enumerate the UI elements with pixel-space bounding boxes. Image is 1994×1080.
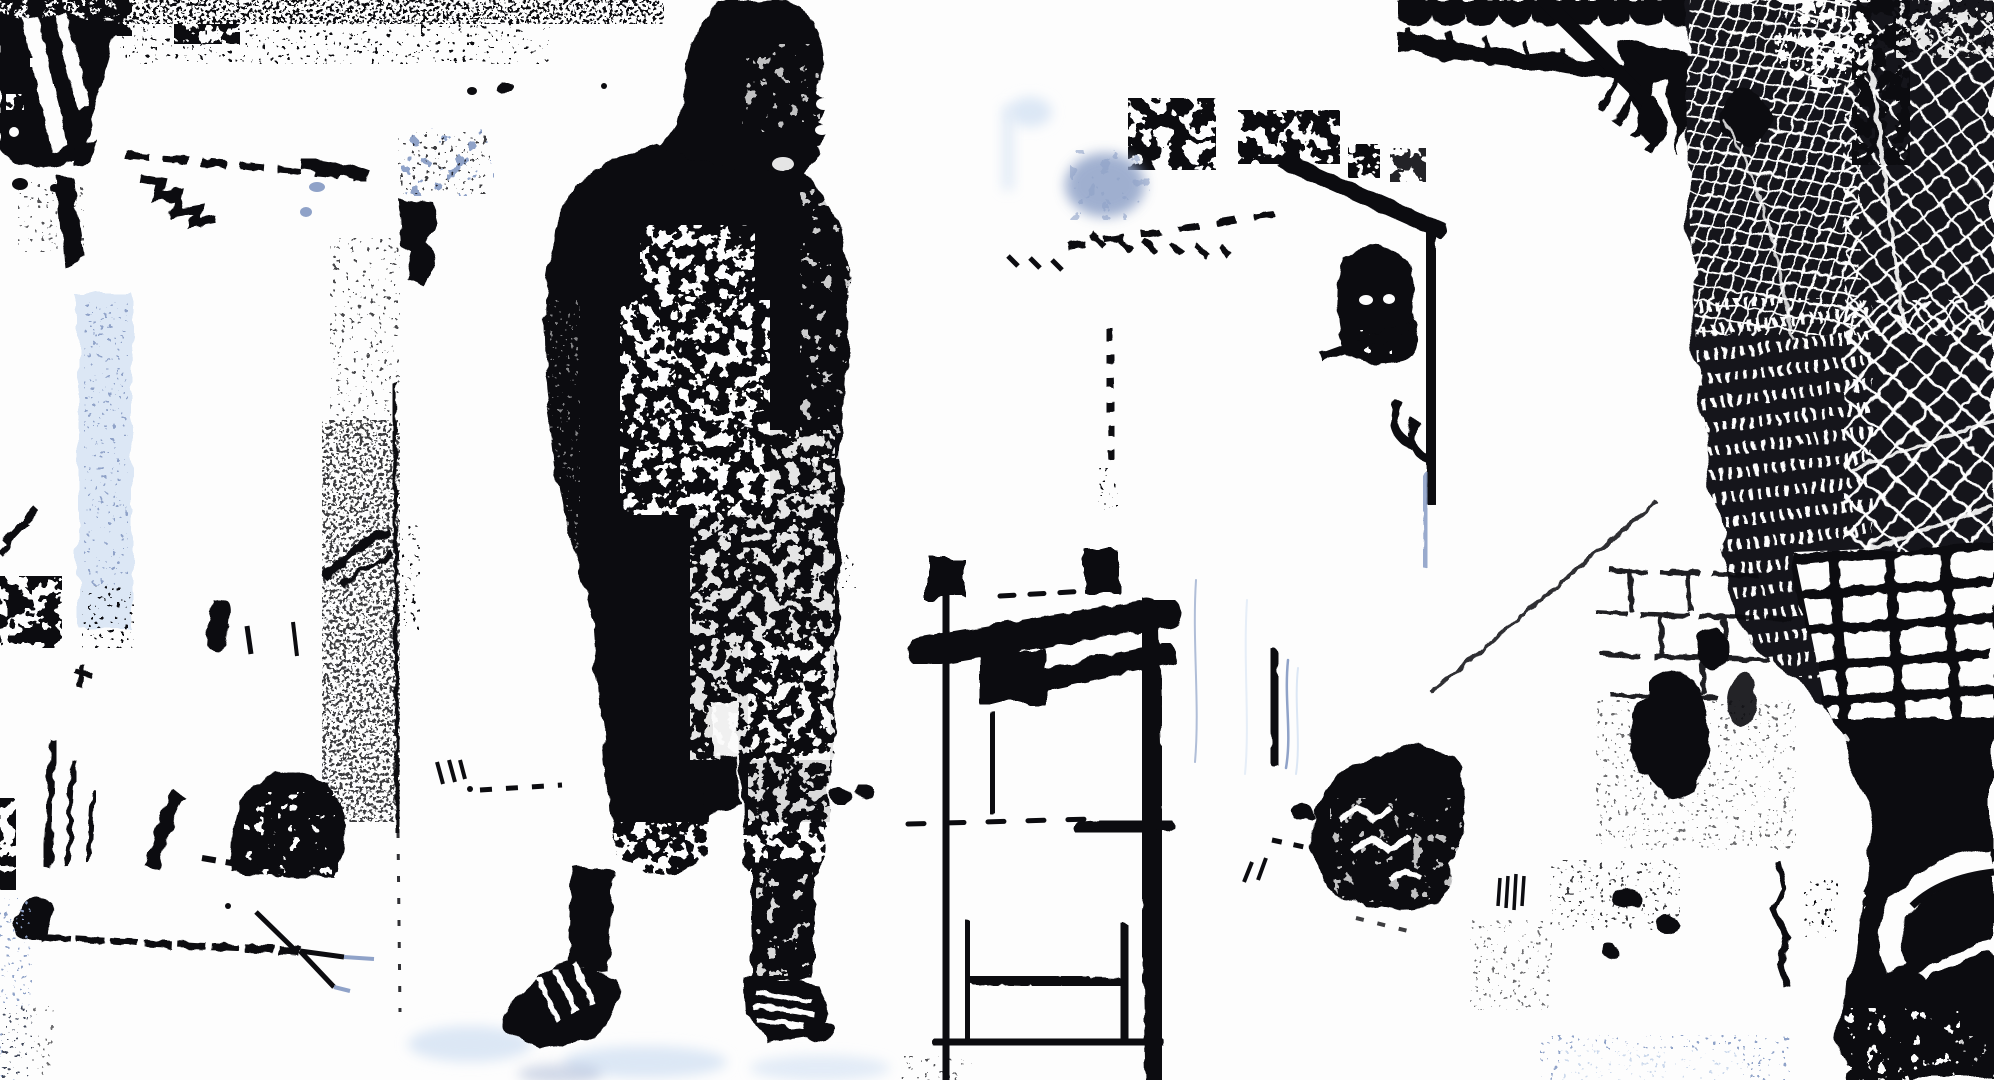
noise-patch: [1898, 2, 1994, 56]
broom-tip-blue: [344, 957, 374, 959]
corner-bricks: [1794, 546, 1994, 718]
noise-patch: [174, 24, 240, 44]
bright-patch: [1822, 730, 1854, 790]
sneaker-heel: [802, 1018, 834, 1042]
edge-spill: [1639, 96, 1665, 148]
stick: [1272, 654, 1277, 762]
sign-glyph: [44, 84, 54, 92]
hood-speckle: [742, 44, 820, 132]
stool-joint: [980, 650, 1046, 704]
rubble-highlight: [1330, 798, 1462, 902]
stool-stretcher: [946, 1040, 1152, 1044]
stool-inner-leg: [966, 928, 969, 1034]
speck: [467, 786, 473, 792]
noise-patch: [0, 576, 62, 648]
face-notch: [815, 125, 829, 135]
animal-eye: [1383, 294, 1395, 304]
clump-blob: [1390, 148, 1426, 182]
bright-patch: [1840, 1008, 1960, 1080]
bright-patch: [1952, 1036, 1994, 1080]
noise-patch: [1098, 468, 1118, 510]
white-bricks: [1794, 546, 1994, 718]
speck: [855, 787, 873, 799]
bright-patch: [1774, 0, 1874, 88]
stool-stick: [991, 720, 994, 806]
blue-tail: [1424, 470, 1426, 566]
noise-patch: [0, 798, 16, 890]
stool-leg-left: [944, 584, 948, 1078]
photo-canvas: Thresholded black-and-white courtyard ph…: [0, 0, 1994, 1080]
speck: [601, 83, 607, 89]
face-notch: [816, 98, 832, 110]
bright-patch: [1841, 840, 1869, 920]
sign-glyph: [6, 94, 24, 110]
blue-wisp: [1002, 106, 1014, 190]
blue-smudge: [750, 1055, 890, 1080]
speckled-post: [322, 420, 400, 822]
photo-stage: Thresholded black-and-white courtyard ph…: [0, 0, 1994, 1080]
noise-patch: [82, 586, 134, 648]
blue-speck: [300, 207, 312, 217]
noise-patch: [1470, 920, 1552, 1010]
clump-blob: [1348, 144, 1380, 178]
stool-seat-bar: [1084, 823, 1164, 830]
noise-patch: [2, 1006, 54, 1078]
speck: [467, 87, 477, 95]
noise-patch: [834, 548, 858, 588]
speckled-post: [330, 238, 400, 424]
noise-patch: [1804, 878, 1838, 938]
blue-noise-patch: [1070, 150, 1150, 220]
frame-post: [1428, 230, 1434, 506]
sign-glyph: [9, 127, 19, 137]
noise-patch: [402, 520, 420, 632]
dark-blob: [1696, 628, 1728, 668]
speck: [496, 81, 514, 93]
figure-left-leg: [568, 866, 614, 972]
noise-patch: [398, 132, 490, 194]
speck: [1600, 945, 1620, 959]
stool-knob: [1084, 548, 1120, 592]
coat-fringe: [544, 300, 580, 670]
speck: [831, 788, 853, 802]
coat-fringe: [800, 185, 852, 515]
blue-smudge: [1008, 97, 1052, 127]
noise-patch: [1550, 860, 1680, 930]
blue-speck: [309, 182, 325, 192]
stool-mid-rail: [976, 978, 1118, 984]
stool-leg-right: [1146, 610, 1158, 1078]
blue-noise-patch: [1560, 1050, 1740, 1080]
speck: [225, 903, 231, 909]
leg-speckle: [756, 868, 810, 976]
small-blob: [1290, 805, 1316, 823]
coat-flap: [700, 756, 740, 812]
blue-noise-patch: [84, 302, 128, 620]
dark-blob: [1720, 88, 1772, 144]
noise-patch: [18, 182, 84, 252]
stool-inner-leg: [1122, 930, 1127, 1034]
sign-glyph: [30, 58, 41, 67]
animal-eye: [1359, 295, 1373, 305]
dark-blob: [1728, 674, 1756, 726]
